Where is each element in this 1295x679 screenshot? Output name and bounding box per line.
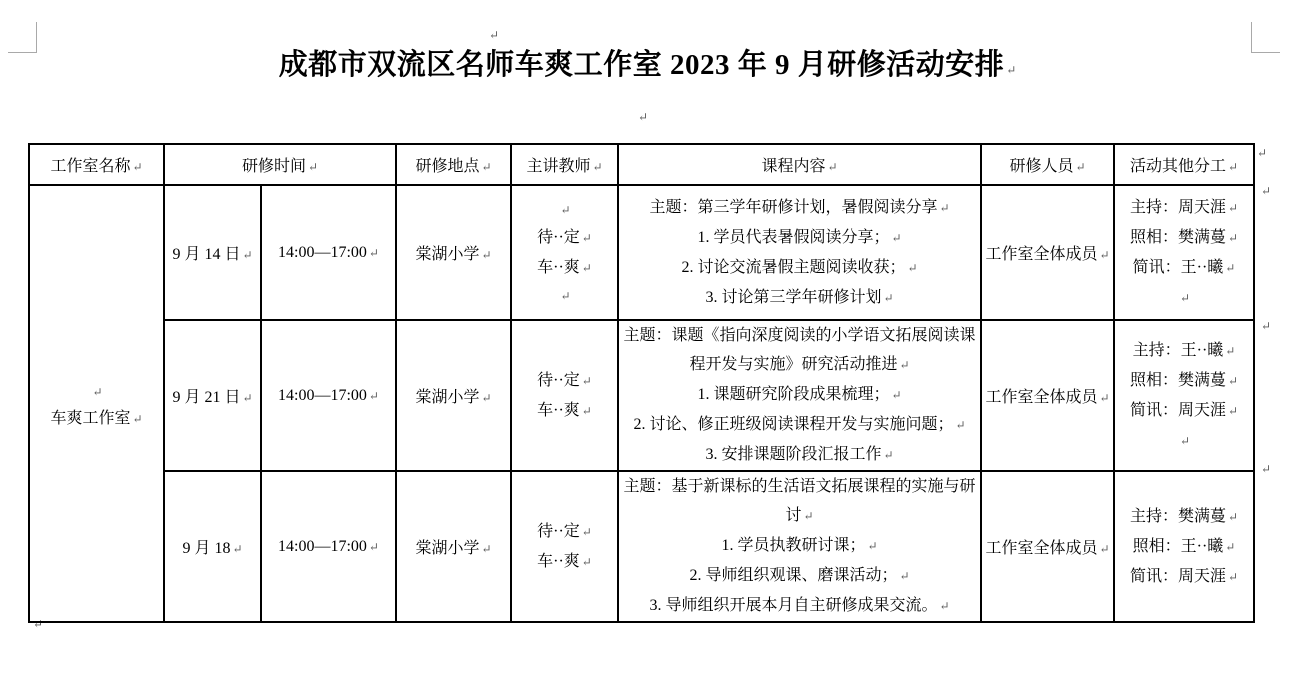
teacher-cell: 待··定↵ 车··爽↵: [511, 320, 618, 471]
paragraph-mark: ↵: [939, 201, 949, 215]
paragraph-mark: ↵: [1180, 434, 1190, 448]
paragraph-mark: ↵: [827, 160, 837, 174]
paragraph-mark: ↵: [582, 555, 592, 569]
paragraph-mark: ↵: [489, 28, 499, 43]
paragraph-mark: ↵: [582, 404, 592, 418]
paragraph-mark: ↵: [582, 374, 592, 388]
participants-value: 工作室全体成员: [985, 540, 1097, 557]
header-label: 研修时间: [242, 158, 306, 175]
paragraph-mark: ↵: [369, 540, 379, 554]
paragraph-mark: ↵: [132, 412, 142, 426]
schedule-table: 工作室名称↵ 研修时间↵ 研修地点↵ 主讲教师↵ 课程内容↵ 研修人员↵ 活动其…: [28, 143, 1255, 623]
division-line: 照相：樊满蔓: [1130, 372, 1226, 389]
teacher-line: 待··定: [537, 523, 580, 540]
paragraph-mark: ↵: [232, 542, 242, 556]
participants-cell: 工作室全体成员↵: [981, 471, 1114, 622]
header-row: 工作室名称↵ 研修时间↵ 研修地点↵ 主讲教师↵ 课程内容↵ 研修人员↵ 活动其…: [29, 144, 1254, 185]
division-line: 照相：樊满蔓: [1130, 229, 1226, 246]
content-item: 2. 导师组织观课、磨课活动；: [689, 567, 897, 584]
paragraph-mark: ↵: [369, 389, 379, 403]
participants-cell: 工作室全体成员↵: [981, 320, 1114, 471]
document-title-text: 成都市双流区名师车爽工作室 2023 年 9 月研修活动安排: [279, 49, 1005, 81]
content-item: 1. 课题研究阶段成果梳理；: [697, 386, 889, 403]
course-content-cell: 主题：课题《指向深度阅读的小学语文拓展阅读课程开发与实施》研究活动推进↵ 1. …: [618, 320, 981, 471]
content-item: 1. 学员代表暑假阅读分享；: [697, 229, 889, 246]
location-cell: 棠湖小学↵: [396, 185, 511, 320]
paragraph-mark: ↵: [899, 569, 909, 583]
division-line: 简讯：周天涯: [1130, 402, 1226, 419]
time-value: 14:00—17:00: [278, 387, 367, 404]
content-item: 3. 导师组织开展本月自主研修成果交流。: [649, 597, 937, 614]
paragraph-mark: ↵: [481, 391, 491, 405]
date-value: 9 月 21 日: [172, 389, 240, 406]
paragraph-mark: ↵: [955, 418, 965, 432]
header-teacher: 主讲教师↵: [511, 144, 618, 185]
date-cell: 9 月 21 日↵: [164, 320, 261, 471]
header-label: 活动其他分工: [1130, 158, 1226, 175]
content-theme: 主题：基于新课标的生活语文拓展课程的实施与研讨: [623, 478, 975, 524]
participants-value: 工作室全体成员: [985, 389, 1097, 406]
division-line: 主持：樊满蔓: [1130, 508, 1226, 525]
row-end-mark: ↵: [1261, 319, 1271, 334]
teacher-line: 待··定: [537, 229, 580, 246]
paragraph-mark: ↵: [1228, 404, 1238, 418]
paragraph-mark: ↵: [369, 246, 379, 260]
paragraph-mark: ↵: [582, 525, 592, 539]
row-end-mark: ↵: [1257, 146, 1267, 161]
paragraph-mark: ↵: [560, 289, 570, 303]
header-location: 研修地点↵: [396, 144, 511, 185]
location-cell: 棠湖小学↵: [396, 320, 511, 471]
paragraph-mark: ↵: [242, 391, 252, 405]
division-line: 简讯：王··曦: [1133, 259, 1224, 276]
paragraph-mark: ↵: [1225, 261, 1235, 275]
paragraph-mark: ↵: [1228, 570, 1238, 584]
content-theme: 主题：课题《指向深度阅读的小学语文拓展阅读课程开发与实施》研究活动推进: [623, 327, 975, 373]
content-item: 2. 讨论交流暑假主题阅读收获；: [681, 259, 905, 276]
workshop-name-cell: ↵ 车爽工作室↵: [29, 185, 164, 622]
paragraph-mark: ↵: [891, 388, 901, 402]
row-end-mark: ↵: [1261, 184, 1271, 199]
table-row: 9 月 21 日↵ 14:00—17:00↵ 棠湖小学↵ 待··定↵ 车··爽↵…: [29, 320, 1254, 471]
participants-cell: 工作室全体成员↵: [981, 185, 1114, 320]
content-item: 3. 讨论第三学年研修计划: [705, 289, 881, 306]
header-division: 活动其他分工↵: [1114, 144, 1254, 185]
division-line: 主持：周天涯: [1130, 199, 1226, 216]
teacher-line: 车··爽: [537, 553, 580, 570]
paragraph-mark: ↵: [1075, 160, 1085, 174]
content-theme: 主题：第三学年研修计划，暑假阅读分享: [649, 199, 937, 216]
header-content: 课程内容↵: [618, 144, 981, 185]
teacher-cell: ↵ 待··定↵ 车··爽↵ ↵: [511, 185, 618, 320]
paragraph-mark: ↵: [582, 261, 592, 275]
header-label: 研修地点: [415, 158, 479, 175]
paragraph-mark: ↵: [1006, 63, 1016, 77]
date-value: 9 月 14 日: [172, 246, 240, 263]
paragraph-mark: ↵: [560, 203, 570, 217]
paragraph-mark: ↵: [883, 448, 893, 462]
time-cell: 14:00—17:00↵: [261, 471, 396, 622]
paragraph-mark: ↵: [582, 231, 592, 245]
paragraph-mark: ↵: [132, 160, 142, 174]
location-value: 棠湖小学: [415, 540, 479, 557]
paragraph-mark: ↵: [883, 291, 893, 305]
paragraph-mark: ↵: [1228, 374, 1238, 388]
paragraph-mark: ↵: [899, 358, 909, 372]
paragraph-mark: ↵: [1099, 248, 1109, 262]
content-item: 1. 学员执教研讨课；: [721, 537, 865, 554]
paragraph-mark: ↵: [481, 542, 491, 556]
time-cell: 14:00—17:00↵: [261, 185, 396, 320]
date-value: 9 月 18: [182, 540, 230, 557]
division-cell: 主持：王··曦↵ 照相：樊满蔓↵ 简讯：周天涯↵ ↵: [1114, 320, 1254, 471]
teacher-line: 待··定: [537, 372, 580, 389]
content-item: 3. 安排课题阶段汇报工作: [705, 446, 881, 463]
paragraph-mark: ↵: [907, 261, 917, 275]
paragraph-mark: ↵: [592, 160, 602, 174]
division-line: 主持：王··曦: [1133, 342, 1224, 359]
paragraph-mark: ↵: [1228, 201, 1238, 215]
paragraph-mark: ↵: [1228, 231, 1238, 245]
date-cell: 9 月 18↵: [164, 471, 261, 622]
row-end-mark: ↵: [1261, 462, 1271, 477]
content-item: 2. 讨论、修正班级阅读课程开发与实施问题；: [633, 416, 953, 433]
time-cell: 14:00—17:00↵: [261, 320, 396, 471]
division-cell: 主持：周天涯↵ 照相：樊满蔓↵ 简讯：王··曦↵ ↵: [1114, 185, 1254, 320]
paragraph-mark: ↵: [1099, 391, 1109, 405]
word-document-page: ↵ ↵ ↵ ↵ ↵ ↵ ↵ 成都市双流区名师车爽工作室 2023 年 9 月研修…: [0, 0, 1295, 679]
paragraph-mark: ↵: [92, 385, 102, 399]
date-cell: 9 月 14 日↵: [164, 185, 261, 320]
course-content-cell: 主题：基于新课标的生活语文拓展课程的实施与研讨↵ 1. 学员执教研讨课；↵ 2.…: [618, 471, 981, 622]
paragraph-mark: ↵: [638, 110, 648, 125]
paragraph-mark: ↵: [1180, 291, 1190, 305]
paragraph-mark: ↵: [242, 248, 252, 262]
table-row: ↵ 车爽工作室↵ 9 月 14 日↵ 14:00—17:00↵ 棠湖小学↵ ↵ …: [29, 185, 1254, 320]
header-label: 工作室名称: [50, 158, 130, 175]
division-cell: 主持：樊满蔓↵ 照相：王··曦↵ 简讯：周天涯↵: [1114, 471, 1254, 622]
document-title: 成都市双流区名师车爽工作室 2023 年 9 月研修活动安排↵: [0, 42, 1295, 83]
division-line: 简讯：周天涯: [1130, 568, 1226, 585]
table-row: 9 月 18↵ 14:00—17:00↵ 棠湖小学↵ 待··定↵ 车··爽↵ 主…: [29, 471, 1254, 622]
paragraph-mark: ↵: [939, 599, 949, 613]
participants-value: 工作室全体成员: [985, 246, 1097, 263]
paragraph-mark: ↵: [1099, 542, 1109, 556]
location-cell: 棠湖小学↵: [396, 471, 511, 622]
location-value: 棠湖小学: [415, 389, 479, 406]
paragraph-mark: ↵: [1225, 540, 1235, 554]
teacher-line: 车··爽: [537, 259, 580, 276]
header-label: 课程内容: [761, 158, 825, 175]
paragraph-mark: ↵: [1225, 344, 1235, 358]
header-time: 研修时间↵: [164, 144, 396, 185]
teacher-line: 车··爽: [537, 402, 580, 419]
teacher-cell: 待··定↵ 车··爽↵: [511, 471, 618, 622]
paragraph-mark: ↵: [1228, 160, 1238, 174]
division-line: 照相：王··曦: [1133, 538, 1224, 555]
time-value: 14:00—17:00: [278, 244, 367, 261]
workshop-name: 车爽工作室: [50, 410, 130, 427]
location-value: 棠湖小学: [415, 246, 479, 263]
paragraph-mark: ↵: [803, 509, 813, 523]
course-content-cell: 主题：第三学年研修计划，暑假阅读分享↵ 1. 学员代表暑假阅读分享；↵ 2. 讨…: [618, 185, 981, 320]
paragraph-mark: ↵: [481, 248, 491, 262]
time-value: 14:00—17:00: [278, 538, 367, 555]
paragraph-mark: ↵: [481, 160, 491, 174]
paragraph-mark: ↵: [308, 160, 318, 174]
paragraph-mark: ↵: [867, 539, 877, 553]
header-workshop-name: 工作室名称↵: [29, 144, 164, 185]
paragraph-mark: ↵: [1228, 510, 1238, 524]
paragraph-mark: ↵: [891, 231, 901, 245]
header-participants: 研修人员↵: [981, 144, 1114, 185]
header-label: 主讲教师: [526, 158, 590, 175]
header-label: 研修人员: [1009, 158, 1073, 175]
